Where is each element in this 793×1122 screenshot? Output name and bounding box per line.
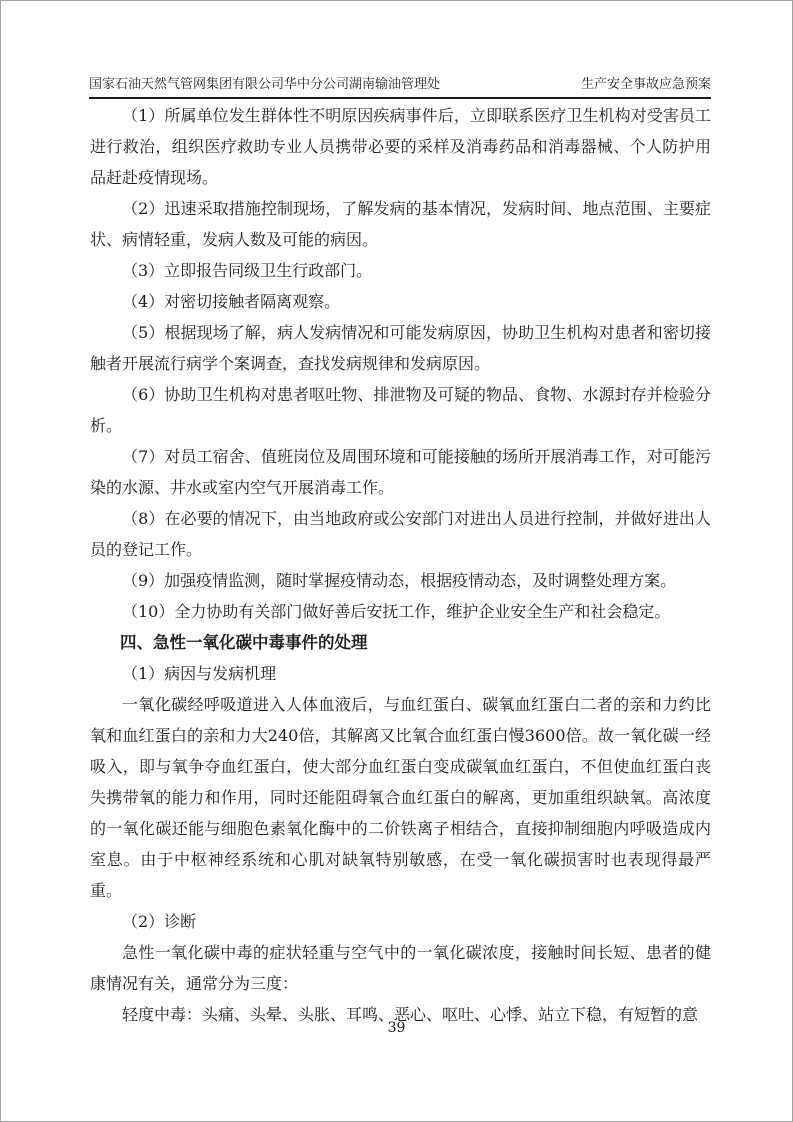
paragraph: （1）所属单位发生群体性不明原因疾病事件后，立即联系医疗卫生机构对受害员工进行救…	[90, 100, 711, 193]
paragraph: （9）加强疫情监测，随时掌握疫情动态，根据疫情动态，及时调整处理方案。	[90, 565, 711, 596]
paragraph: （5）根据现场了解，病人发病情况和可能发病原因，协助卫生机构对患者和密切接触者开…	[90, 317, 711, 379]
paragraph: （1）病因与发病机理	[90, 658, 711, 689]
section-heading: 四、急性一氧化碳中毒事件的处理	[90, 627, 711, 658]
paragraph: （2）迅速采取措施控制现场，了解发病的基本情况，发病时间、地点范围、主要症状、病…	[90, 193, 711, 255]
paragraph: （6）协助卫生机构对患者呕吐物、排泄物及可疑的物品、食物、水源封存并检验分析。	[90, 379, 711, 441]
paragraph: 一氧化碳经呼吸道进入人体血液后，与血红蛋白、碳氧血红蛋白二者的亲和力约比氧和血红…	[90, 689, 711, 906]
document-body: （1）所属单位发生群体性不明原因疾病事件后，立即联系医疗卫生机构对受害员工进行救…	[90, 100, 711, 1030]
paragraph: （7）对员工宿舍、值班岗位及周围环境和可能接触的场所开展消毒工作，对可能污染的水…	[90, 441, 711, 503]
page-number: 39	[388, 1020, 406, 1036]
header-right-text: 生产安全事故应急预案	[581, 77, 711, 93]
paragraph: （8）在必要的情况下，由当地政府或公安部门对进出人员进行控制，并做好进出人员的登…	[90, 503, 711, 565]
page-footer: 39	[1, 1017, 792, 1039]
paragraph: （10）全力协助有关部门做好善后安抚工作，维护企业安全生产和社会稳定。	[90, 596, 711, 627]
paragraph: （4）对密切接触者隔离观察。	[90, 286, 711, 317]
paragraph: （3）立即报告同级卫生行政部门。	[90, 255, 711, 286]
header-left-text: 国家石油天然气管网集团有限公司华中分公司湖南输油管理处	[89, 77, 440, 93]
paragraph: （2）诊断	[90, 906, 711, 937]
paragraph: 急性一氧化碳中毒的症状轻重与空气中的一氧化碳浓度，接触时间长短、患者的健康情况有…	[90, 937, 711, 999]
document-page: 国家石油天然气管网集团有限公司华中分公司湖南输油管理处 生产安全事故应急预案 （…	[0, 0, 793, 1122]
page-header: 国家石油天然气管网集团有限公司华中分公司湖南输油管理处 生产安全事故应急预案	[89, 77, 711, 99]
